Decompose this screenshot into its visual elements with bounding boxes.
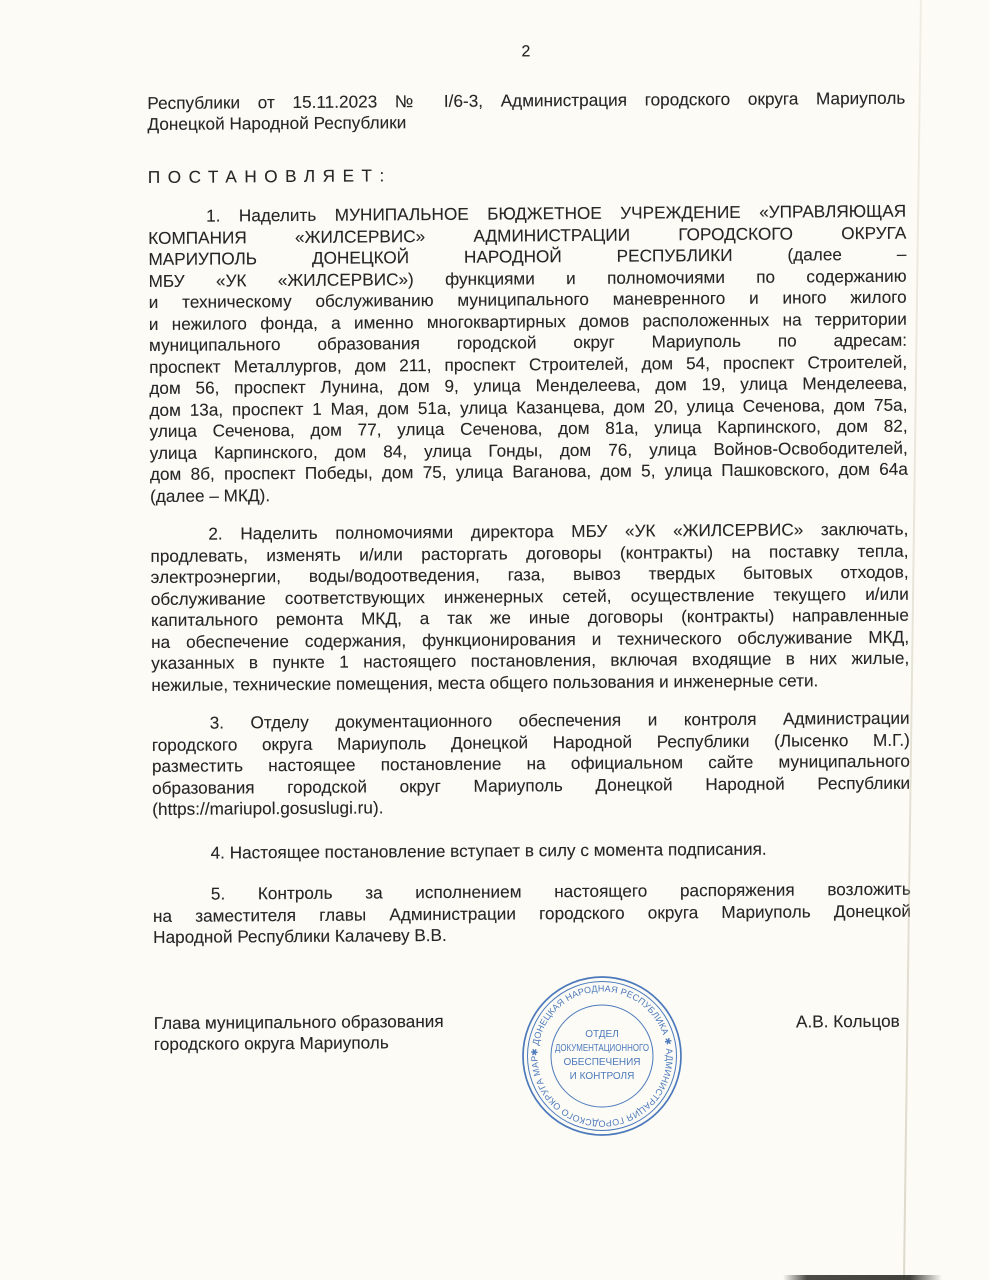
text-line: городского округа Мариуполь [154, 1032, 444, 1056]
document-content: 2 Республики от 15.11.2023 № І/6-3, Адми… [147, 0, 912, 1055]
paragraph-item-3: 3. Отделу документационного обеспечения … [152, 708, 911, 821]
document-page: 2 Республики от 15.11.2023 № І/6-3, Адми… [0, 0, 989, 1280]
text-line: (https://mariupol.gosuslugi.ru). [152, 794, 910, 821]
stamp-inner-circle [551, 1005, 653, 1107]
paragraph-item-2: 2. Наделить полномочиями директора МБУ «… [150, 519, 909, 696]
text-line: 4. Настоящее постановление вступает в си… [152, 837, 910, 864]
text-line: Глава муниципального образования [154, 1010, 444, 1034]
scan-bottom-edge [783, 1275, 942, 1280]
paragraph-item-1: 1. Наделить МУНИПАЛЬНОЕ БЮДЖЕТНОЕ УЧРЕЖД… [148, 201, 908, 507]
svg-text:ОБЕСПЕЧЕНИЯ: ОБЕСПЕЧЕНИЯ [563, 1057, 640, 1068]
svg-text:И КОНТРОЛЯ: И КОНТРОЛЯ [570, 1071, 635, 1082]
text-line: нежилые, технические помещения, места об… [151, 669, 909, 696]
paragraph-item-5: 5. Контроль за исполнением настоящего ра… [153, 879, 911, 949]
text-line: Донецкой Народной Республики [147, 109, 905, 136]
text-line: Народной Республики Калачеву В.В. [153, 922, 911, 949]
intro-paragraph: Республики от 15.11.2023 № І/6-3, Админи… [147, 87, 905, 135]
stamp-center-text: ОТДЕЛ ДОКУМЕНТАЦИОННОГО ОБЕСПЕЧЕНИЯ И КО… [555, 1029, 649, 1082]
paragraph-item-4: 4. Настоящее постановление вступает в си… [152, 837, 910, 864]
text-line: (далее – МКД). [150, 480, 908, 507]
stamp-outer-circle-2 [528, 982, 677, 1131]
signature-title: Глава муниципального образованиягородско… [154, 1010, 444, 1055]
svg-text:ДОКУМЕНТАЦИОННОГО: ДОКУМЕНТАЦИОННОГО [555, 1043, 649, 1054]
page-number: 2 [147, 39, 905, 66]
signatory-name: А.В. Кольцов [796, 1010, 900, 1032]
official-stamp: ✱ ДОНЕЦКАЯ НАРОДНАЯ РЕСПУБЛИКА ✱ АДМИНИС… [517, 971, 687, 1141]
stamp-outer-circle [523, 977, 681, 1135]
svg-text:ОТДЕЛ: ОТДЕЛ [585, 1029, 619, 1040]
decree-keyword: ПОСТАНОВЛЯЕТ: [148, 161, 906, 188]
